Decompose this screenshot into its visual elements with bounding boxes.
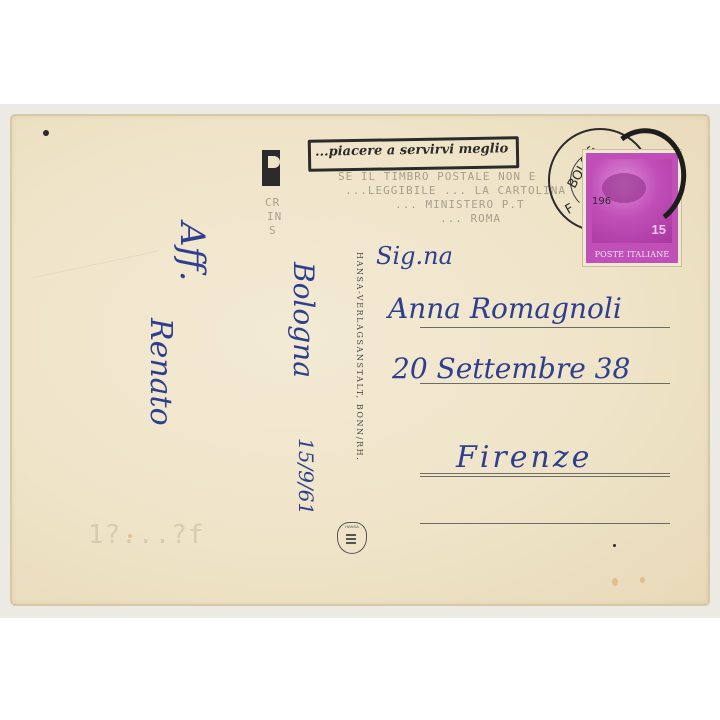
address-name: Anna Romagnoli — [388, 292, 622, 325]
slogan-line-4: ... ROMA — [440, 212, 501, 225]
slogan-fragment: CR — [265, 196, 280, 209]
address-street: 20 Settembre 38 — [392, 352, 630, 385]
publisher-logo-text: HANSA — [338, 524, 366, 529]
address-line-2 — [420, 383, 670, 384]
slogan-line-2: ...LEGGIBILE ... LA CARTOLINA — [345, 184, 566, 197]
address-city: Firenze — [456, 440, 592, 475]
foxing-spot — [640, 577, 645, 583]
address-salutation: Sig.na — [376, 242, 453, 270]
address-line-4 — [420, 523, 670, 524]
faint-pencil-note: 1?...?f — [88, 520, 205, 550]
ink-dot — [43, 130, 49, 136]
publisher-imprint: HANSA-VERLAGSANSTALT, BONN/RH. — [355, 252, 364, 461]
foxing-spot — [612, 578, 618, 586]
slogan-line-3: ... MINISTERO P.T — [395, 198, 525, 211]
stamp-label: POSTE ITALIANE — [586, 250, 678, 259]
address-line-3 — [420, 473, 670, 474]
dateline-date: 15/9/61 — [294, 438, 318, 515]
sender-note-aff: Aff. — [172, 222, 212, 281]
publisher-logo-icon: HANSA — [337, 522, 367, 554]
slogan-fragment: IN — [267, 210, 282, 223]
slogan-line-1: SE IL TIMBRO POSTALE NON E — [338, 170, 536, 183]
postal-mark-p-icon — [262, 150, 280, 186]
ink-dot — [613, 544, 616, 547]
slogan-fragment: S — [269, 224, 277, 237]
crease-mark — [31, 250, 158, 278]
sender-signature: Renato — [143, 318, 178, 426]
dateline-place: Bologna — [287, 262, 320, 378]
address-line-1 — [420, 327, 670, 328]
